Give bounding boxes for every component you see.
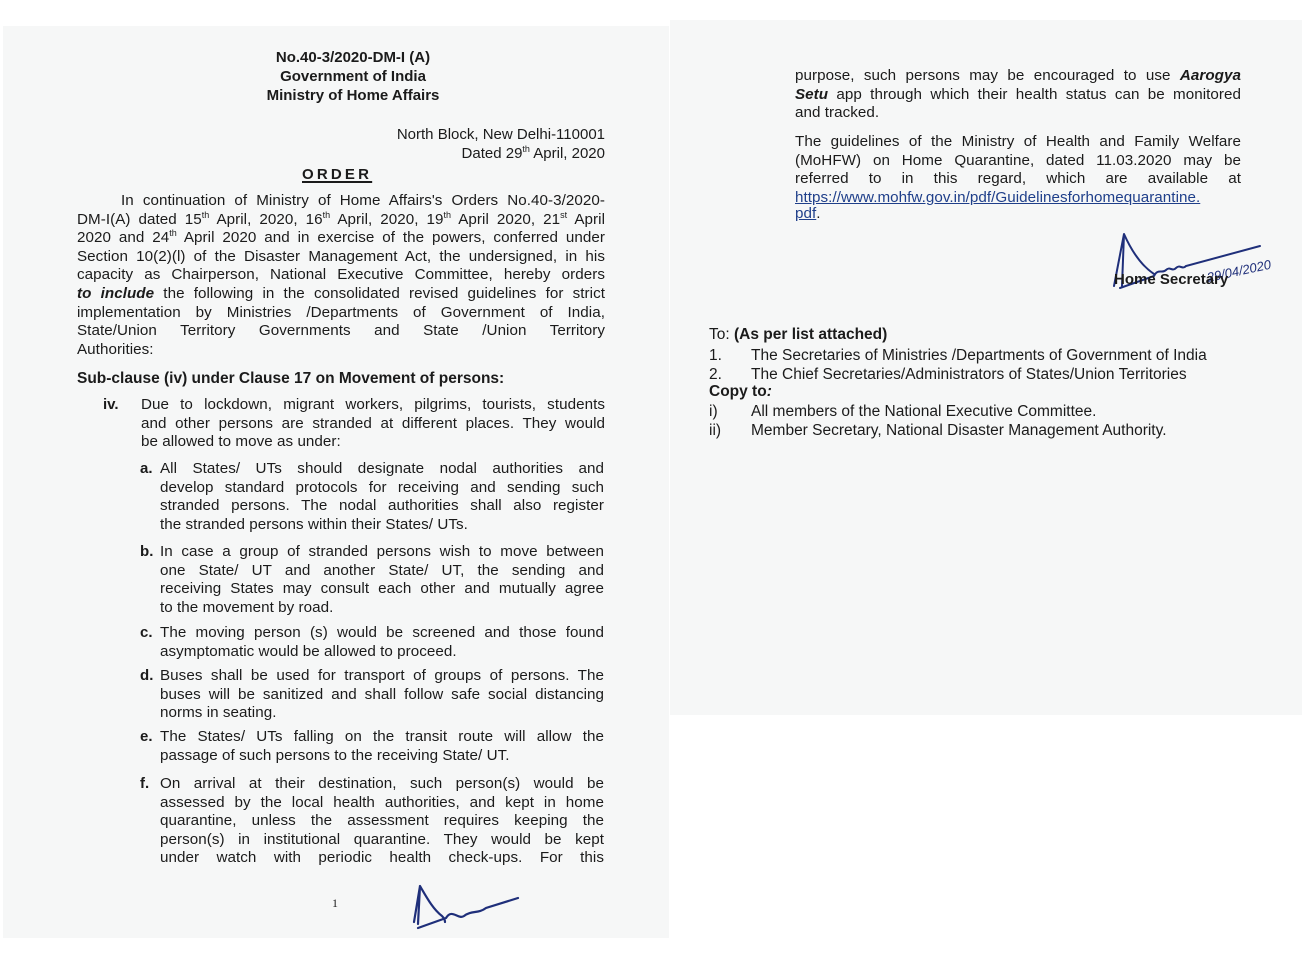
subitem-label: f. [140,775,149,794]
ministry-name: Ministry of Home Affairs [3,86,669,105]
subitem-line: assessed by the local health authorities… [160,794,604,813]
page-number: 1 [332,896,338,911]
intro-line: to include the following in the consolid… [77,285,605,304]
subitem-text: The moving person (s) would be screened … [160,624,604,661]
subitem-line: receiving States may consult each other … [160,580,604,599]
intro-line: In continuation of Ministry of Home Affa… [121,192,605,211]
subitem-line: In case a group of stranded persons wish… [160,543,604,562]
guidelines-link[interactable]: https://www.mohfw.gov.in/pdf/Guidelinesf… [795,189,1200,206]
guidelines-link-line: pdf. [795,205,1241,224]
subitem-line: develop standard protocols for receiving… [160,479,604,498]
subitem-line: passage of such persons to the receiving… [160,747,604,766]
subitem-line: norms in seating. [160,704,604,723]
intro-line: Authorities: [77,341,605,360]
subitem-line: asymptomatic would be allowed to proceed… [160,643,604,662]
subitem-line: one State/ UT and another State/ UT, the… [160,562,604,581]
subclause-heading: Sub-clause (iv) under Clause 17 on Movem… [77,370,504,388]
subitem-text: All States/ UTs should designate nodal a… [160,460,604,534]
subitem-label: d. [140,667,153,686]
item-iv-line: and other persons are stranded at differ… [141,415,605,434]
order-title: ORDER [302,166,372,183]
subitem-line: under watch with periodic health check-u… [160,849,604,868]
government-name: Government of India [3,67,669,86]
to-heading: To: (As per list attached) [709,326,887,344]
subitem-text: The States/ UTs falling on the transit r… [160,728,604,765]
signature-page-1 [408,880,528,930]
subitem-line: the stranded persons within their States… [160,516,604,535]
subitem-line: person(s) in institutional quarantine. T… [160,831,604,850]
item-iv-line: be allowed to move as under: [141,433,605,452]
intro-line: implementation by Ministries /Department… [77,304,605,323]
order-number: No.40-3/2020-DM-I (A) [3,48,669,67]
subitem-label: c. [140,624,153,643]
subitem-label: a. [140,460,153,479]
subitem-label: e. [140,728,153,747]
item-iv-label: iv. [103,396,119,413]
copy-to-heading: Copy to: [709,382,772,401]
intro-line: State/Union Territory Governments and St… [77,322,605,341]
subitem-line: Buses shall be used for transport of gro… [160,667,604,686]
subitem-text: Buses shall be used for transport of gro… [160,667,604,723]
item-iv-line: Due to lockdown, migrant workers, pilgri… [141,396,605,415]
guidelines-line: (MoHFW) on Home Quarantine, dated 11.03.… [795,152,1241,171]
document-page-2: purpose, such persons may be encouraged … [670,20,1302,715]
subitem-line: The moving person (s) would be screened … [160,624,604,643]
continuation-line: and tracked. [795,104,1241,123]
intro-line: Section 10(2)(l) of the Disaster Managem… [77,248,605,267]
subitem-line: All States/ UTs should designate nodal a… [160,460,604,479]
guidelines-line: referred to in this regard, which are av… [795,170,1241,189]
continuation-line: purpose, such persons may be encouraged … [795,67,1241,86]
designation: Home Secretary [1114,271,1228,288]
intro-line: 2020 and 24th April 2020 and in exercise… [77,229,605,248]
office-address: North Block, New Delhi-110001 [397,125,605,144]
subitem-text: In case a group of stranded persons wish… [160,543,604,617]
item-iv-text: Due to lockdown, migrant workers, pilgri… [141,396,605,452]
subitem-line: to the movement by road. [160,599,604,618]
guidelines-line: The guidelines of the Ministry of Health… [795,133,1241,152]
intro-line: capacity as Chairperson, National Execut… [77,266,605,285]
intro-line: DM-I(A) dated 15th April, 2020, 16th Apr… [77,211,605,230]
subitem-line: stranded persons. The nodal authorities … [160,497,604,516]
subitem-line: The States/ UTs falling on the transit r… [160,728,604,747]
subitem-label: b. [140,543,153,562]
subitem-line: quarantine, unless the assessment requir… [160,812,604,831]
order-date: Dated 29th April, 2020 [462,144,605,163]
document-page-1: No.40-3/2020-DM-I (A) Government of Indi… [3,26,669,938]
guidelines-link-end[interactable]: pdf [795,205,816,222]
subitem-text: On arrival at their destination, such pe… [160,775,604,868]
continuation-line: Setu app through which their health stat… [795,86,1241,105]
subitem-line: On arrival at their destination, such pe… [160,775,604,794]
subitem-line: buses will be sanitized and shall follow… [160,686,604,705]
signature-page-2: 29/04/2020 [1110,230,1300,300]
